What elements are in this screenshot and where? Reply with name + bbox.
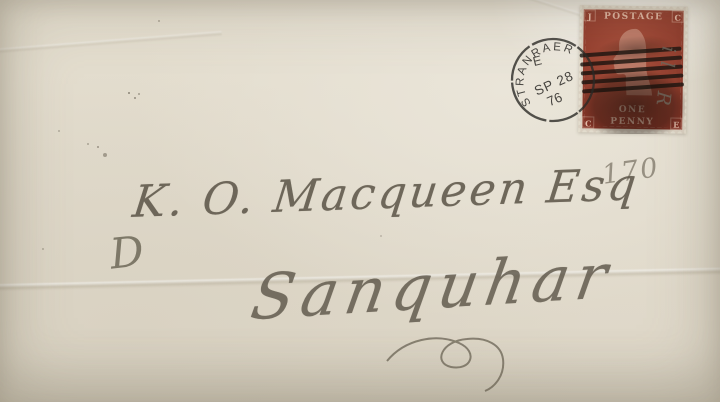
scanned-envelope-photo: J C C E POSTAGE ONE PENNY STRANRAER E xyxy=(0,0,720,402)
ink-speckles xyxy=(128,92,130,94)
signature-flourish xyxy=(375,325,545,397)
postmark-cds: STRANRAER E SP 28 76 xyxy=(500,20,610,132)
pencil-letter-d: D xyxy=(108,226,147,278)
